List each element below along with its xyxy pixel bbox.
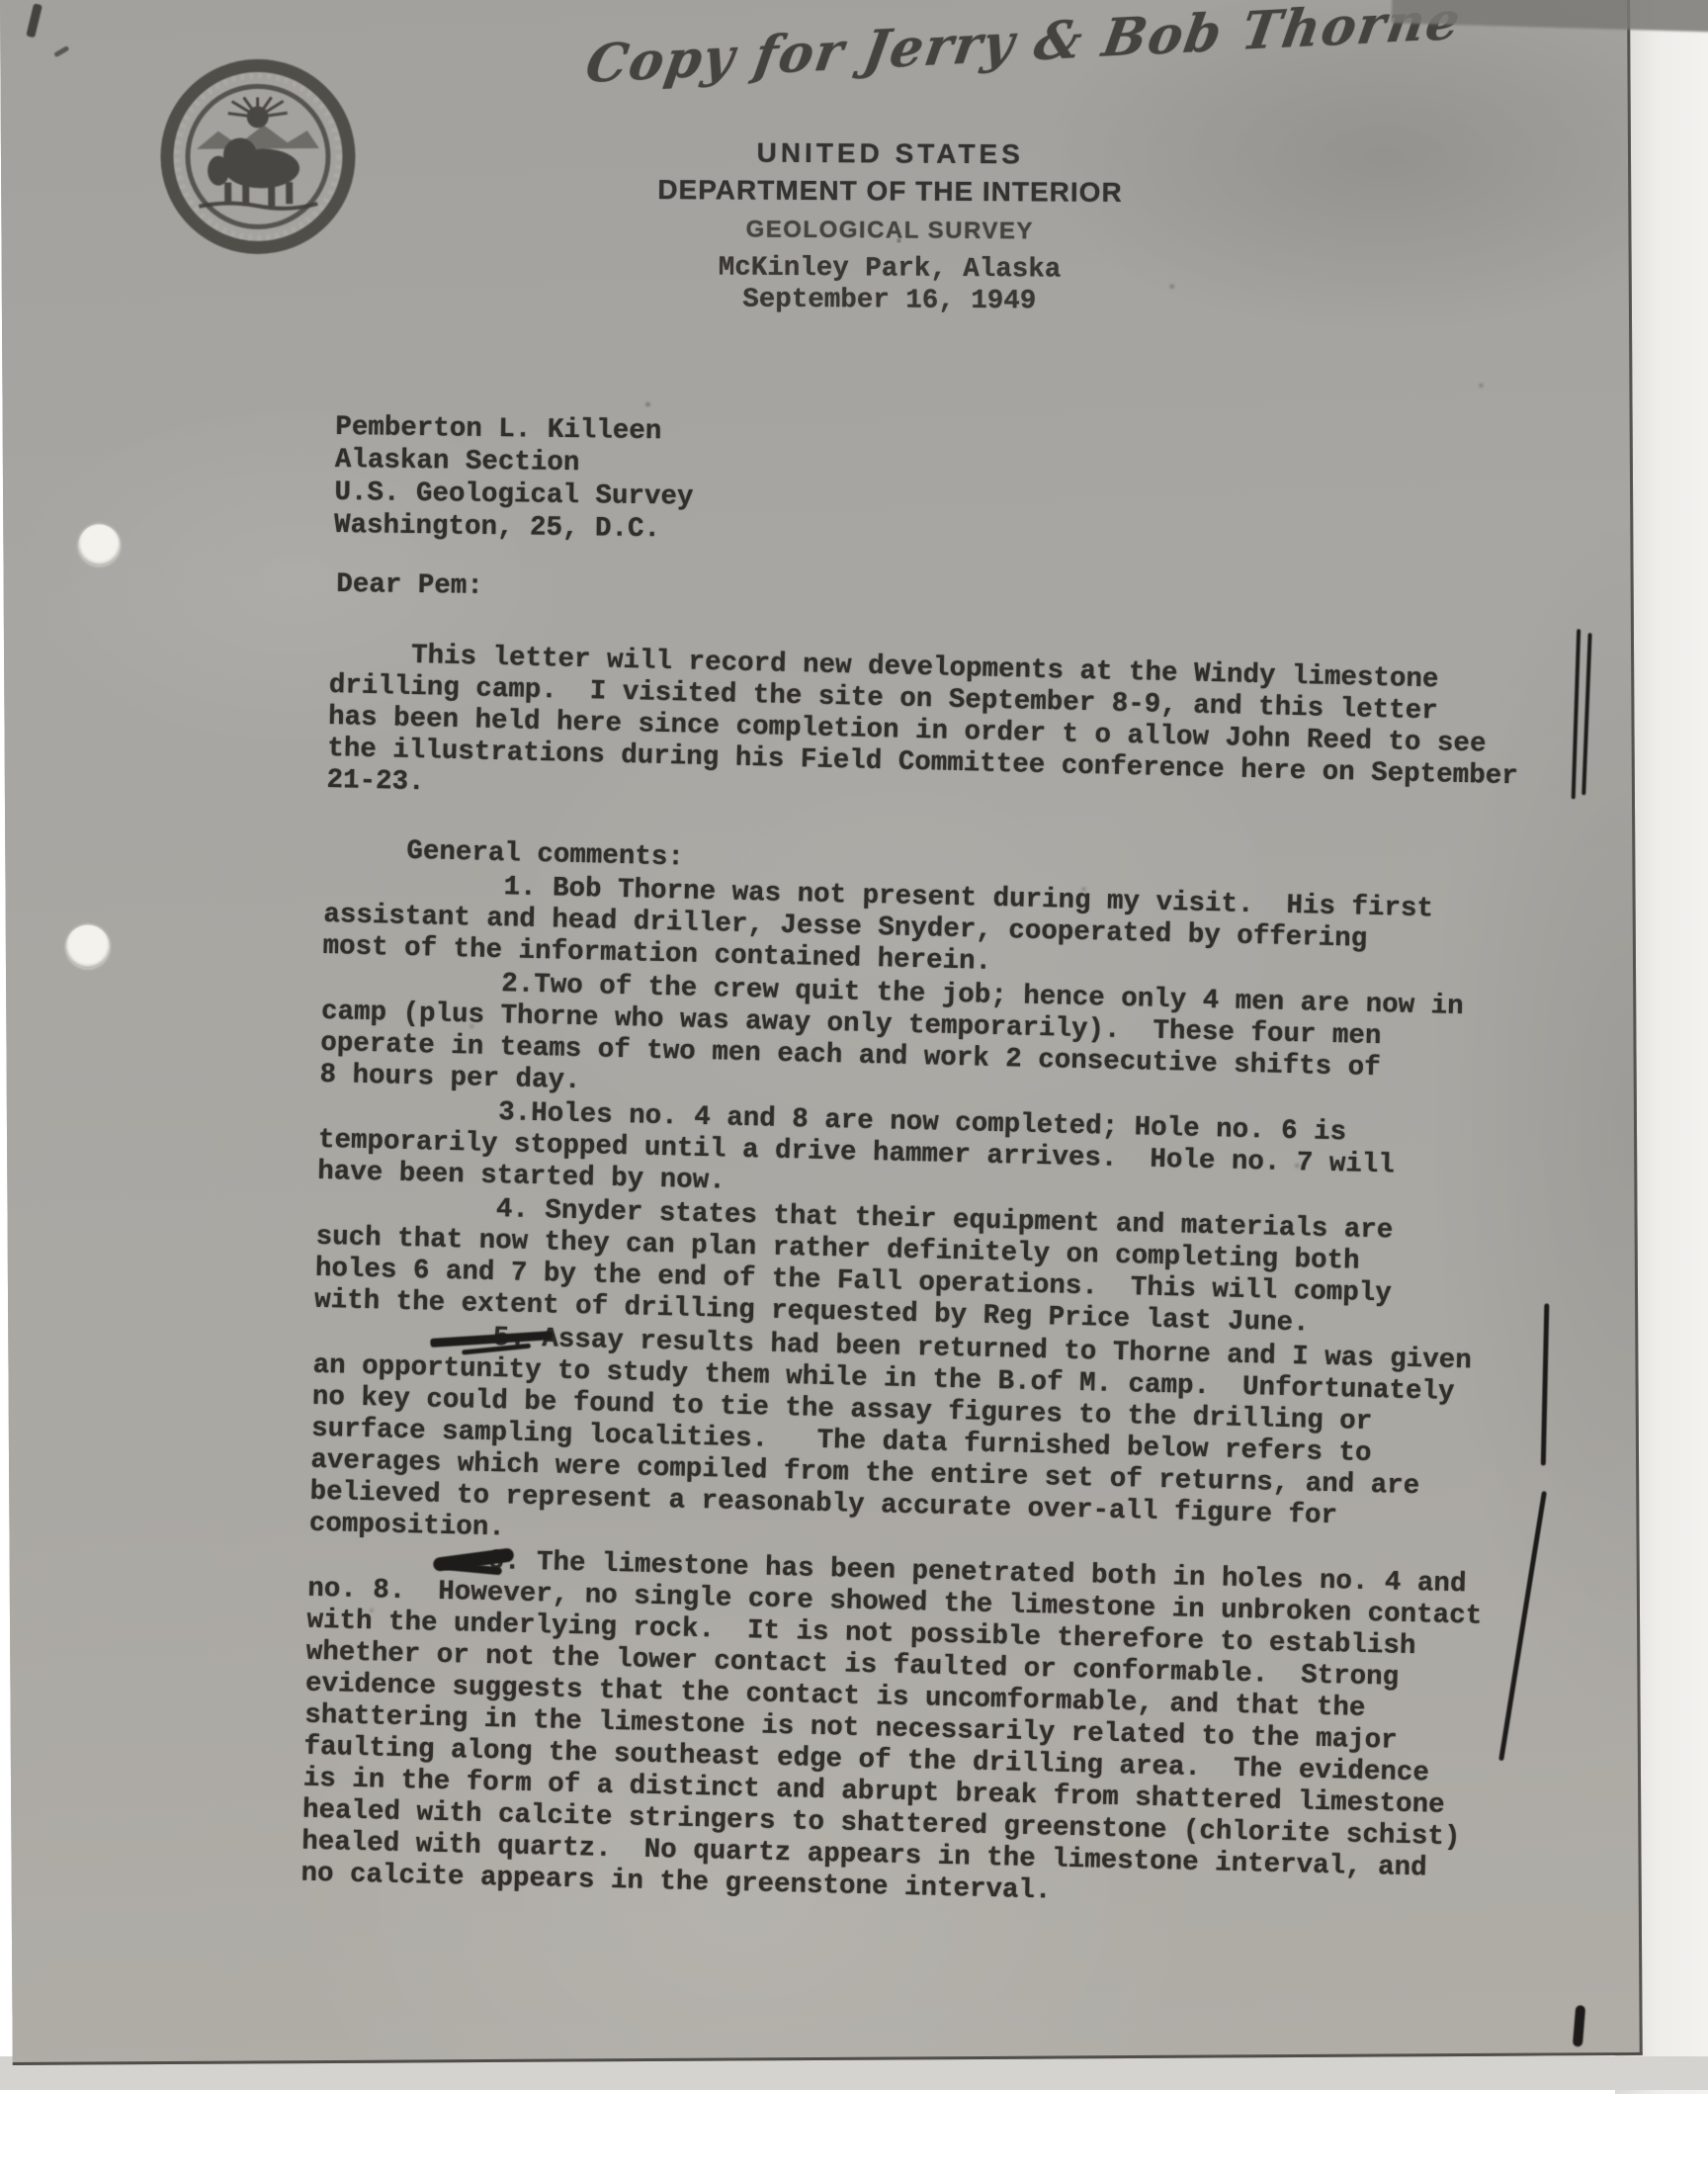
margin-emphasis-mark-right	[1581, 633, 1591, 795]
recipient-address: Pemberton L. Killeen Alaskan Section U.S…	[334, 411, 695, 547]
scan-debris-mark	[53, 45, 69, 57]
margin-emphasis-mark-left	[1572, 629, 1581, 799]
letter-body: This letter will record new developments…	[300, 639, 1538, 1920]
punch-hole-bottom	[66, 924, 110, 968]
punch-hole-top	[78, 524, 120, 565]
letter-page: Copy for Jerry & Bob Thorne UNITED STATE…	[0, 0, 1643, 2065]
salutation: Dear Pem:	[336, 569, 483, 603]
comment-item-2: 2.Two of the crew quit the job; hence on…	[319, 965, 1530, 1120]
paragraph-intro: This letter will record new developments…	[326, 639, 1537, 826]
interior-department-seal-icon	[158, 57, 357, 256]
letterhead-country: UNITED STATES	[495, 132, 1286, 175]
letterhead-bureau: GEOLOGICAL SURVEY	[494, 214, 1285, 248]
handwritten-note: Copy for Jerry & Bob Thorne	[582, 4, 1242, 94]
recipient-city: Washington, 25, D.C.	[334, 509, 693, 547]
letterhead-date: September 16, 1949	[494, 283, 1285, 319]
recipient-section: Alaskan Section	[335, 444, 694, 481]
page-number-pen-mark	[1573, 2005, 1585, 2047]
comment-item-4: 4. Snyder states that their equipment an…	[314, 1190, 1525, 1346]
comment-item-6: 6. The limestone has been penetrated bot…	[300, 1542, 1516, 1919]
scan-debris-mark	[26, 3, 43, 38]
comment-item-5: 5. Assay results had been returned to Th…	[308, 1319, 1521, 1569]
recipient-agency: U.S. Geological Survey	[334, 477, 693, 514]
letterhead-location: McKinley Park, Alaska	[494, 251, 1285, 288]
scanned-letter-canvas: Copy for Jerry & Bob Thorne UNITED STATE…	[0, 0, 1708, 2175]
margin-line-item5	[1541, 1303, 1550, 1465]
paper-specks	[0, 0, 2, 2]
recipient-name: Pemberton L. Killeen	[335, 411, 694, 449]
letterhead-department: DEPARTMENT OF THE INTERIOR	[494, 170, 1285, 213]
letterhead: UNITED STATES DEPARTMENT OF THE INTERIOR…	[494, 132, 1286, 319]
